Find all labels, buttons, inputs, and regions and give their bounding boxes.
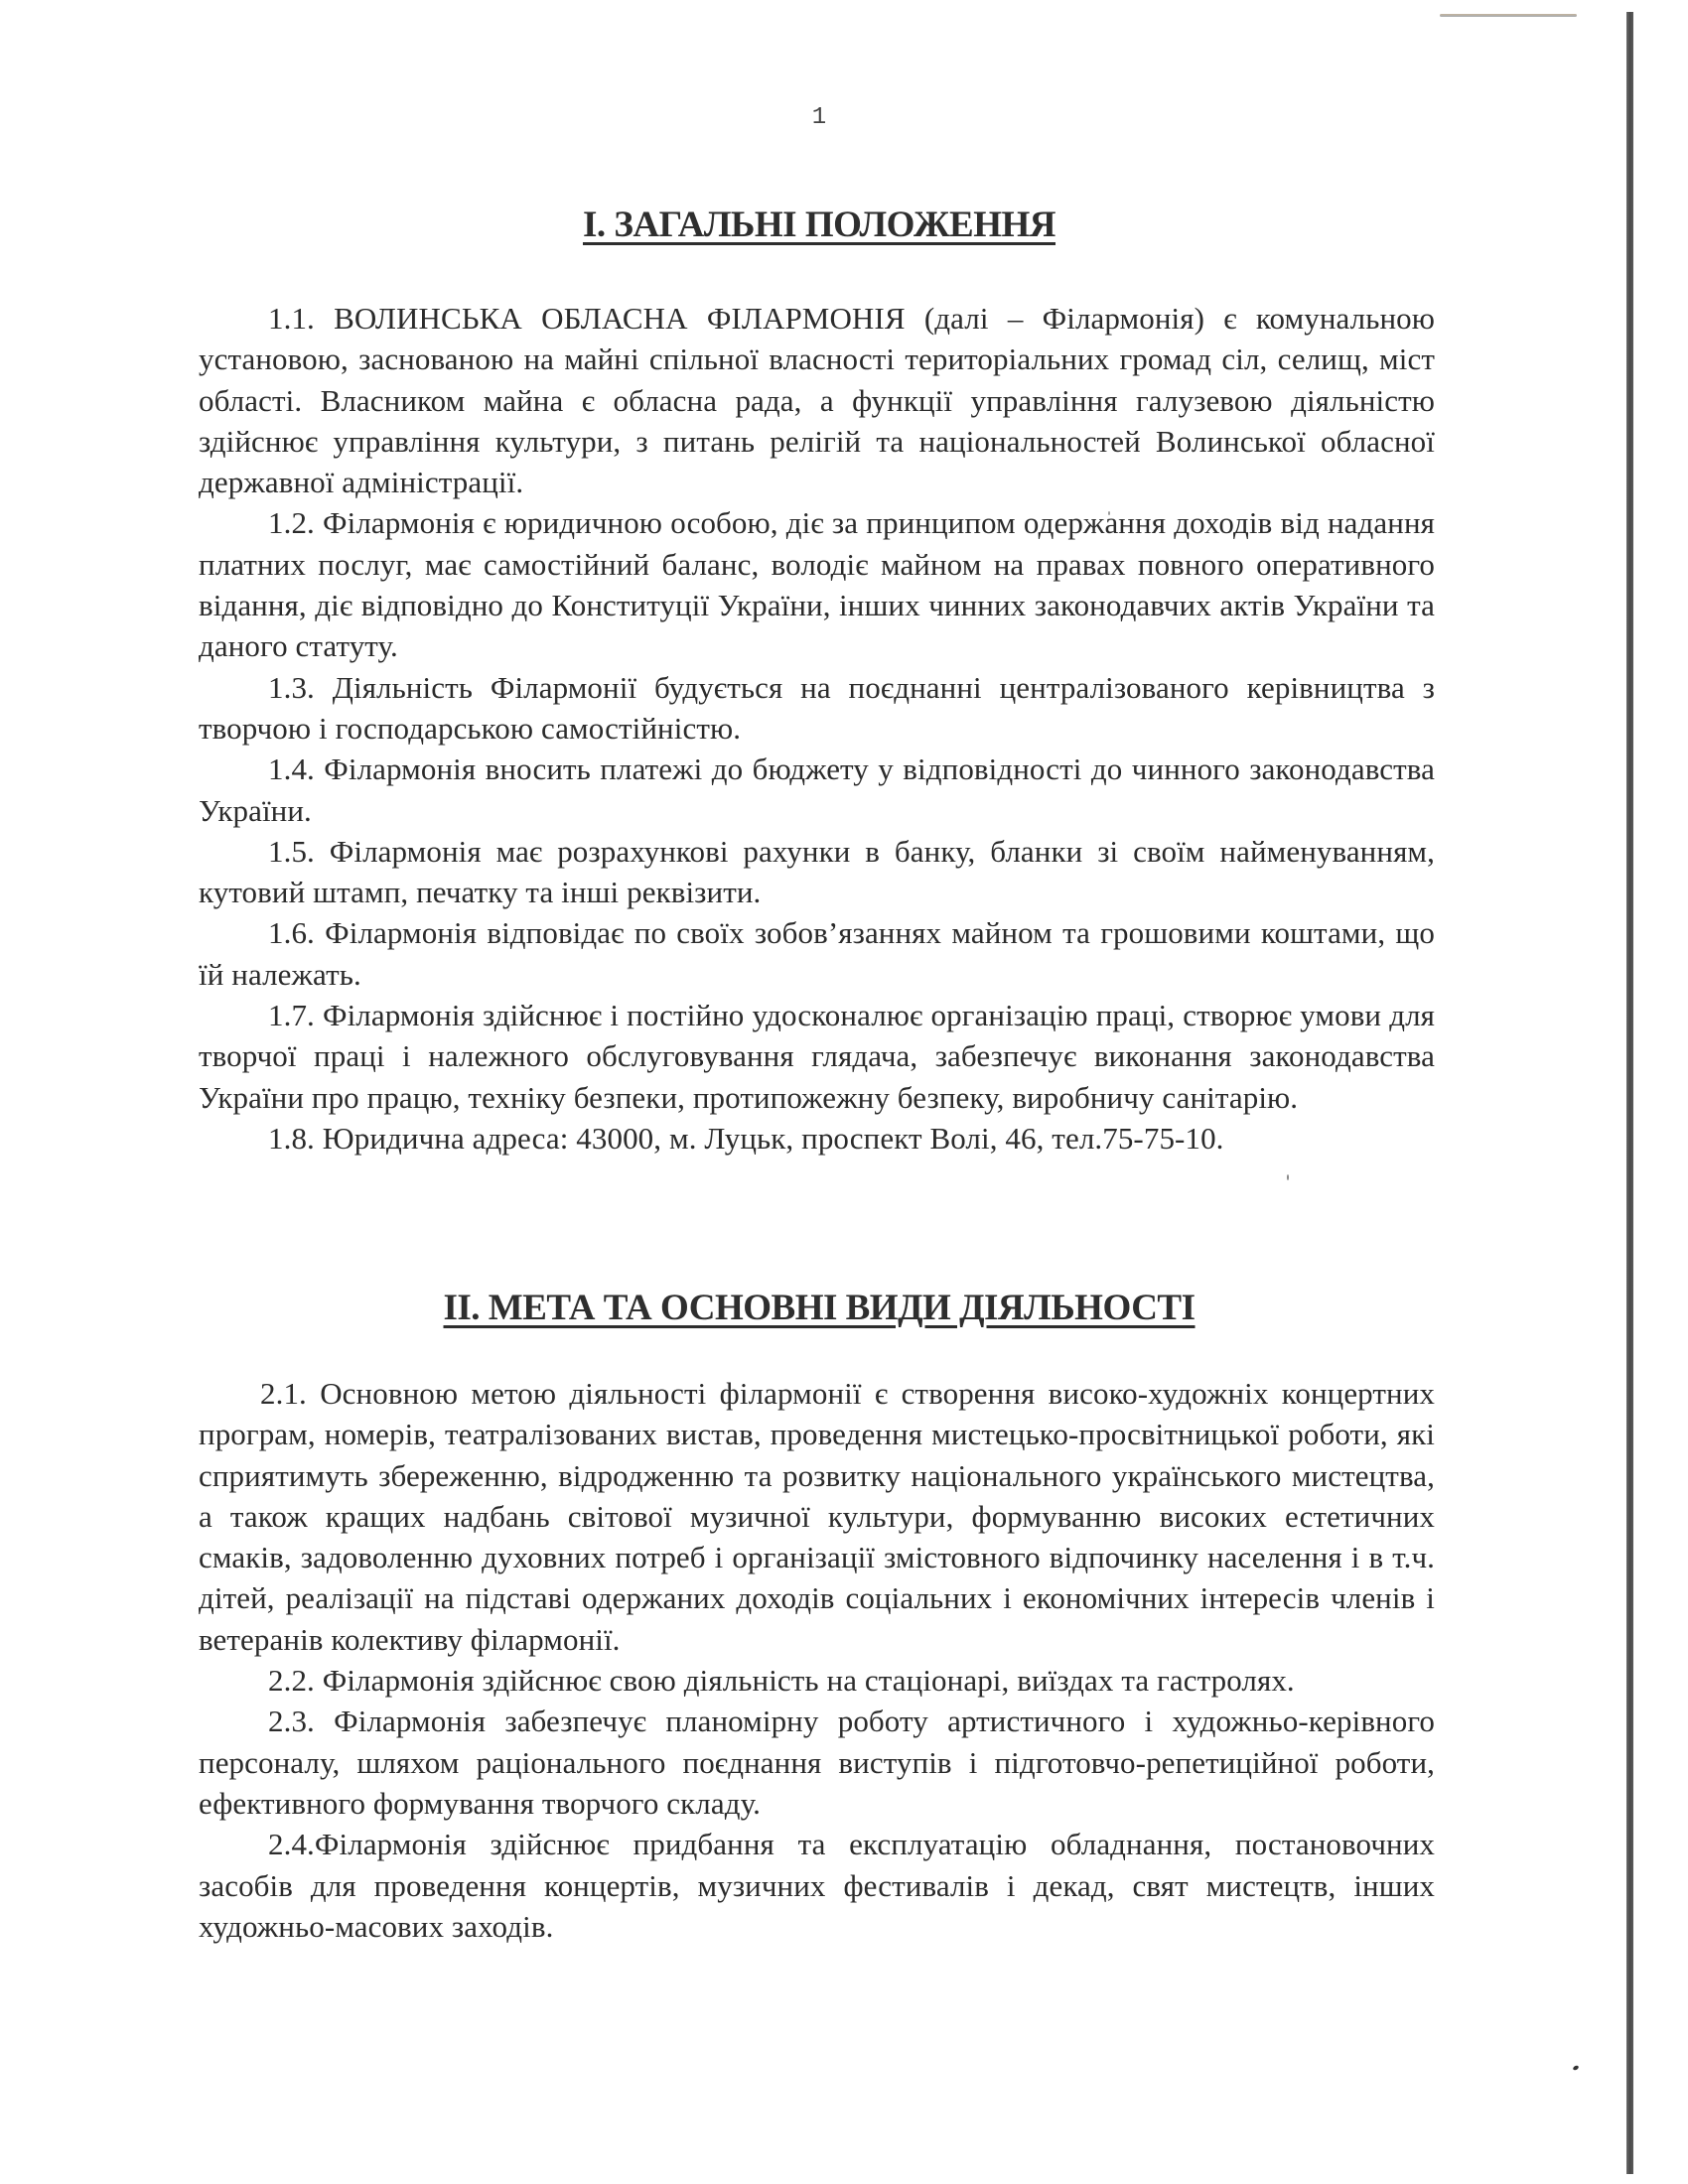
scan-artifact-page-edge xyxy=(1626,12,1633,2174)
paragraph-1-1: 1.1. ВОЛИНСЬКА ОБЛАСНА ФІЛАРМОНІЯ (далі … xyxy=(199,298,1435,502)
paragraph-1-4: 1.4. Філармонія вносить платежі до бюдже… xyxy=(199,749,1435,831)
paragraph-1-8: 1.8. Юридична адреса: 43000, м. Луцьк, п… xyxy=(199,1118,1435,1159)
paragraph-1-5: 1.5. Філармонія має розрахункові рахунки… xyxy=(199,831,1435,913)
scan-artifact-speck xyxy=(1572,2065,1579,2071)
section-title: ІІ. МЕТА ТА ОСНОВНІ ВИДИ ДІЯЛЬНОСТІ xyxy=(444,1288,1196,1328)
paragraph-1-7: 1.7. Філармонія здійснює і постійно удос… xyxy=(199,995,1435,1118)
paragraph-2-2: 2.2. Філармонія здійснює свою діяльність… xyxy=(199,1660,1435,1701)
section-heading-general-provisions: І. ЗАГАЛЬНІ ПОЛОЖЕННЯ xyxy=(0,204,1638,246)
paragraph-2-4: 2.4.Філармонія здійснює придбання та екс… xyxy=(199,1824,1435,1947)
page-number: 1 xyxy=(0,104,1638,131)
section-goals-activities: 2.1. Основною метою діяльності філармоні… xyxy=(199,1373,1435,1947)
section-heading-goals-activities: ІІ. МЕТА ТА ОСНОВНІ ВИДИ ДІЯЛЬНОСТІ xyxy=(0,1287,1638,1329)
section-general-provisions: 1.1. ВОЛИНСЬКА ОБЛАСНА ФІЛАРМОНІЯ (далі … xyxy=(199,298,1435,1159)
scan-artifact-speck xyxy=(1287,1174,1289,1180)
paragraph-1-3: 1.3. Діяльність Філармонії будується на … xyxy=(199,667,1435,750)
scan-artifact-top-line xyxy=(1440,14,1577,17)
paragraph-1-6: 1.6. Філармонія відповідає по своїх зобо… xyxy=(199,912,1435,995)
paragraph-2-1: 2.1. Основною метою діяльності філармоні… xyxy=(199,1373,1435,1660)
paragraph-2-3: 2.3. Філармонія забезпечує планомірну ро… xyxy=(199,1701,1435,1824)
paragraph-1-2: 1.2. Філармонія є юридичною особою, діє … xyxy=(199,502,1435,666)
section-title: І. ЗАГАЛЬНІ ПОЛОЖЕННЯ xyxy=(583,205,1055,245)
